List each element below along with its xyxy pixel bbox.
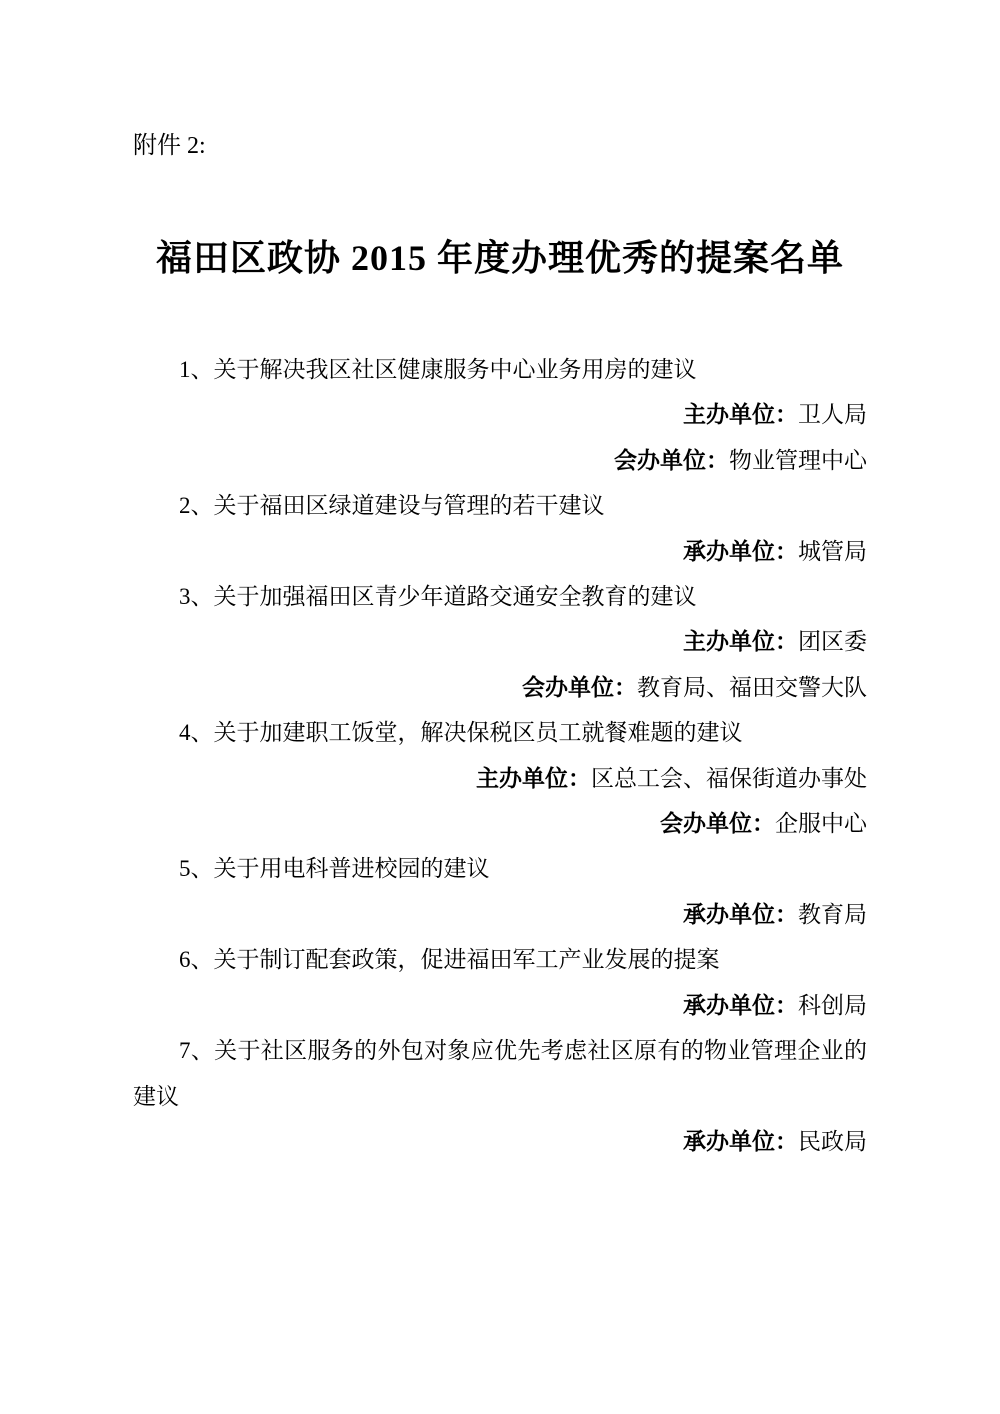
proposal-title: 3、关于加强福田区青少年道路交通安全教育的建议 — [133, 574, 867, 619]
attachment-label: 附件 2: — [133, 131, 867, 162]
unit-line: 会办单位：教育局、福田交警大队 — [133, 665, 867, 710]
proposal-item-3: 3、关于加强福田区青少年道路交通安全教育的建议 主办单位：团区委 会办单位：教育… — [133, 574, 867, 710]
unit-value: 民政局 — [798, 1129, 867, 1154]
proposal-item-4: 4、关于加建职工饭堂，解决保税区员工就餐难题的建议 主办单位：区总工会、福保街道… — [133, 710, 867, 846]
unit-value: 教育局、福田交警大队 — [637, 675, 867, 700]
proposal-title: 1、关于解决我区社区健康服务中心业务用房的建议 — [133, 347, 867, 392]
unit-line: 主办单位：卫人局 — [133, 392, 867, 437]
unit-line: 主办单位：区总工会、福保街道办事处 — [133, 756, 867, 801]
unit-value: 科创局 — [798, 993, 867, 1018]
unit-line: 会办单位：物业管理中心 — [133, 438, 867, 483]
proposal-title: 5、关于用电科普进校园的建议 — [133, 846, 867, 891]
unit-value: 物业管理中心 — [729, 448, 867, 473]
proposal-title: 2、关于福田区绿道建设与管理的若干建议 — [133, 483, 867, 528]
unit-value: 卫人局 — [798, 402, 867, 427]
unit-line: 承办单位：教育局 — [133, 892, 867, 937]
proposal-item-7: 7、关于社区服务的外包对象应优先考虑社区原有的物业管理企业的建议 承办单位：民政… — [133, 1028, 867, 1164]
proposal-item-5: 5、关于用电科普进校园的建议 承办单位：教育局 — [133, 846, 867, 937]
unit-label: 会办单位： — [614, 448, 729, 473]
unit-value: 城管局 — [798, 539, 867, 564]
unit-label: 承办单位： — [683, 539, 798, 564]
proposal-item-6: 6、关于制订配套政策，促进福田军工产业发展的提案 承办单位：科创局 — [133, 937, 867, 1028]
unit-label: 主办单位： — [683, 629, 798, 654]
unit-value: 教育局 — [798, 902, 867, 927]
proposal-item-1: 1、关于解决我区社区健康服务中心业务用房的建议 主办单位：卫人局 会办单位：物业… — [133, 347, 867, 483]
proposal-title: 6、关于制订配套政策，促进福田军工产业发展的提案 — [133, 937, 867, 982]
unit-line: 承办单位：城管局 — [133, 529, 867, 574]
unit-label: 承办单位： — [683, 902, 798, 927]
unit-value: 团区委 — [798, 629, 867, 654]
unit-line: 主办单位：团区委 — [133, 619, 867, 664]
unit-label: 承办单位： — [683, 1129, 798, 1154]
unit-line: 承办单位：科创局 — [133, 983, 867, 1028]
unit-line: 承办单位：民政局 — [133, 1119, 867, 1164]
unit-label: 主办单位： — [683, 402, 798, 427]
unit-value: 区总工会、福保街道办事处 — [591, 766, 867, 791]
unit-value: 企服中心 — [775, 811, 867, 836]
document-title: 福田区政协 2015 年度办理优秀的提案名单 — [133, 236, 867, 280]
document-page: 附件 2: 福田区政协 2015 年度办理优秀的提案名单 1、关于解决我区社区健… — [0, 0, 1000, 1414]
unit-label: 会办单位： — [522, 675, 637, 700]
unit-label: 承办单位： — [683, 993, 798, 1018]
unit-line: 会办单位：企服中心 — [133, 801, 867, 846]
proposal-title: 7、关于社区服务的外包对象应优先考虑社区原有的物业管理企业的建议 — [133, 1028, 867, 1119]
unit-label: 会办单位： — [660, 811, 775, 836]
proposal-item-2: 2、关于福田区绿道建设与管理的若干建议 承办单位：城管局 — [133, 483, 867, 574]
proposal-title: 4、关于加建职工饭堂，解决保税区员工就餐难题的建议 — [133, 710, 867, 755]
proposal-list: 1、关于解决我区社区健康服务中心业务用房的建议 主办单位：卫人局 会办单位：物业… — [133, 347, 867, 1164]
unit-label: 主办单位： — [476, 766, 591, 791]
